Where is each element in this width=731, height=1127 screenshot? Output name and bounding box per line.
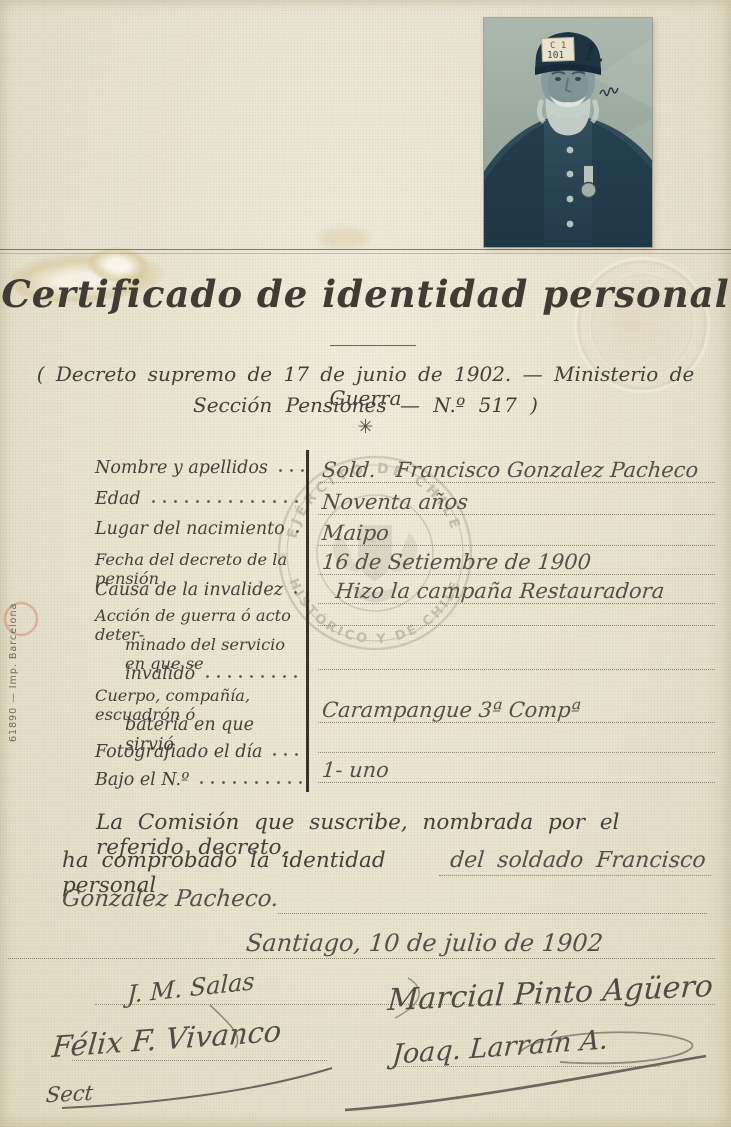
dot-leader <box>292 527 305 536</box>
certificate-page: C 1 101 1. Certificado de identidad pers… <box>0 0 731 1127</box>
field-value-edad: Noventa años <box>318 484 715 515</box>
subtitle-line2: Sección Pensiones — N.º 517 ) <box>0 393 731 417</box>
top-rule-shadow <box>0 253 731 254</box>
dotted-fill-line <box>278 899 707 914</box>
field-value-cuerpo: Carampangue 3ª Compª <box>318 690 715 723</box>
title-underline <box>330 345 416 346</box>
field-value-fotografiado <box>318 726 715 753</box>
field-value-fecha-decreto: 16 de Setiembre de 1900 <box>318 544 715 575</box>
signature-right-top: Marcial Pinto Agüero <box>386 969 713 1018</box>
portrait-photo-illustration: C 1 101 1. <box>484 18 652 247</box>
dot-leader <box>202 672 305 681</box>
top-rule <box>0 249 731 250</box>
field-value-nombre: Sold. Francisco Gonzalez Pacheco <box>318 452 715 483</box>
field-label-edad: Edad <box>95 489 307 509</box>
field-label-lugar: Lugar del nacimiento <box>95 519 307 539</box>
body-handwritten-name: Gonzalez Pacheco. <box>61 886 280 914</box>
dot-leader <box>269 750 305 759</box>
body-handwritten-continuation: del soldado Francisco <box>439 848 713 876</box>
photo-number-annotation: 1. <box>581 37 607 67</box>
dot-leader <box>148 497 305 506</box>
field-label-bajo-numero: Bajo el N.º <box>95 770 307 790</box>
signature-secretary-abbrev: Sect <box>45 1081 94 1108</box>
dot-leader <box>275 466 305 475</box>
portrait-photo: C 1 101 1. <box>484 18 652 247</box>
body-line3: Gonzalez Pacheco. <box>62 886 707 914</box>
date-row: Santiago, 10 de julio de 1902 <box>8 924 715 959</box>
form-divider-line <box>306 450 309 792</box>
field-label-nombre: Nombre y apellidos <box>95 458 307 478</box>
field-label-accion-line3: invalidó <box>125 664 307 684</box>
signature-left-top: J. M. Salas <box>127 967 255 1011</box>
field-value-accion-line1 <box>318 596 715 626</box>
dot-leader <box>196 778 305 787</box>
dot-leader <box>290 588 305 597</box>
field-label-fotografiado: Fotografiado el día <box>95 742 307 762</box>
handwritten-date: Santiago, 10 de julio de 1902 <box>245 929 604 958</box>
document-title: Certificado de identidad personal <box>0 272 731 316</box>
field-value-accion-line2 <box>318 640 715 670</box>
printer-imprint: 61890 — Imp. Barcelona <box>8 592 19 742</box>
photo-chip-line2: 101 <box>547 50 564 61</box>
field-value-lugar: Maipo <box>318 514 715 546</box>
field-label-causa: Causa de la invalidez <box>95 580 307 600</box>
signature-row-1: J. M. Salas Marcial Pinto Agüero <box>95 966 715 1005</box>
field-value-bajo-numero: 1- uno <box>318 754 715 783</box>
paper-stain <box>318 228 370 248</box>
